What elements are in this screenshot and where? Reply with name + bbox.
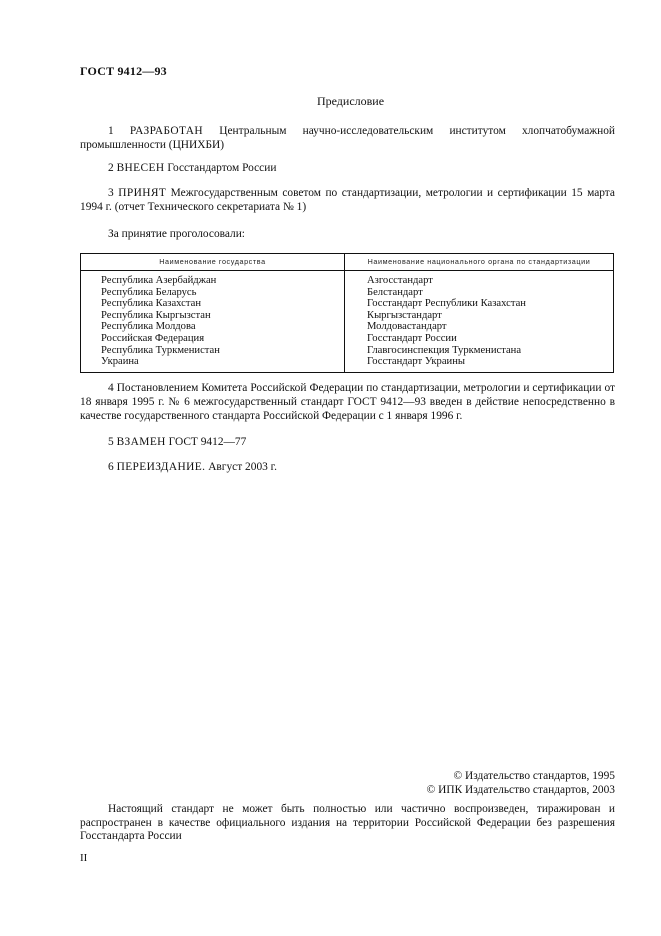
state-name: Российская Федерация	[81, 333, 344, 345]
preface-item-1: 1 РАЗРАБОТАН Центральным научно-исследов…	[80, 124, 615, 152]
gost-code-header: ГОСТ 9412—93	[80, 64, 167, 79]
preface-title: Предисловие	[0, 94, 661, 109]
item-keyword: РАЗРАБОТАН	[130, 125, 203, 137]
item-keyword: ВЗАМЕН	[117, 436, 166, 448]
national-body-name: Азгосстандарт	[345, 275, 613, 287]
copyright-block: © Издательство стандартов, 1995 © ИПК Из…	[427, 770, 615, 797]
item-text: ГОСТ 9412—77	[169, 436, 247, 448]
national-body-name: Госстандарт Украины	[345, 356, 613, 368]
national-body-name: Белстандарт	[345, 287, 613, 299]
national-body-name: Главгосинспекция Туркменистана	[345, 345, 613, 357]
column-header-national-body: Наименование национального органа по ста…	[345, 254, 613, 270]
item-number: 3	[108, 187, 114, 199]
item-number: 1	[108, 125, 114, 137]
national-body-name: Госстандарт России	[345, 333, 613, 345]
reproduction-notice: Настоящий стандарт не может быть полност…	[80, 803, 615, 844]
state-name: Республика Туркменистан	[81, 345, 344, 357]
vote-table-body: Республика АзербайджанРеспублика Беларус…	[81, 271, 613, 373]
item-keyword: ПРИНЯТ	[118, 187, 166, 199]
states-column: Республика АзербайджанРеспублика Беларус…	[81, 271, 345, 373]
page-number: II	[80, 852, 87, 864]
state-name: Республика Кыргызстан	[81, 310, 344, 322]
item-keyword: ПЕРЕИЗДАНИЕ.	[117, 461, 206, 473]
item-number: 4	[108, 382, 114, 394]
state-name: Республика Азербайджан	[81, 275, 344, 287]
state-name: Республика Молдова	[81, 321, 344, 333]
national-body-name: Молдовастандарт	[345, 321, 613, 333]
document-page: ГОСТ 9412—93 Предисловие 1 РАЗРАБОТАН Це…	[0, 0, 661, 936]
preface-item-6: 6 ПЕРЕИЗДАНИЕ. Август 2003 г.	[80, 460, 615, 474]
copyright-line: © ИПК Издательство стандартов, 2003	[427, 784, 615, 798]
state-name: Республика Казахстан	[81, 298, 344, 310]
vote-table-header: Наименование государства Наименование на…	[81, 254, 613, 271]
item-number: 5	[108, 436, 114, 448]
vote-label: За принятие проголосовали:	[80, 227, 615, 241]
item-text: Госстандартом России	[167, 162, 276, 174]
item-number: 2	[108, 162, 114, 174]
item-keyword: ВНЕСЕН	[117, 162, 165, 174]
national-bodies-column: АзгосстандартБелстандартГосстандарт Респ…	[345, 271, 613, 373]
state-name: Республика Беларусь	[81, 287, 344, 299]
state-name: Украина	[81, 356, 344, 368]
column-header-state: Наименование государства	[81, 254, 345, 270]
item-text: Август 2003 г.	[208, 461, 277, 473]
preface-item-4: 4 Постановлением Комитета Российской Фед…	[80, 381, 615, 423]
item-text: Постановлением Комитета Российской Федер…	[80, 382, 615, 422]
preface-item-5: 5 ВЗАМЕН ГОСТ 9412—77	[80, 435, 615, 449]
preface-item-3: 3 ПРИНЯТ Межгосударственным советом по с…	[80, 186, 615, 214]
national-body-name: Госстандарт Республики Казахстан	[345, 298, 613, 310]
item-number: 6	[108, 461, 114, 473]
preface-item-2: 2 ВНЕСЕН Госстандартом России	[80, 161, 615, 175]
national-body-name: Кыргызстандарт	[345, 310, 613, 322]
copyright-line: © Издательство стандартов, 1995	[427, 770, 615, 784]
vote-table: Наименование государства Наименование на…	[80, 253, 614, 373]
